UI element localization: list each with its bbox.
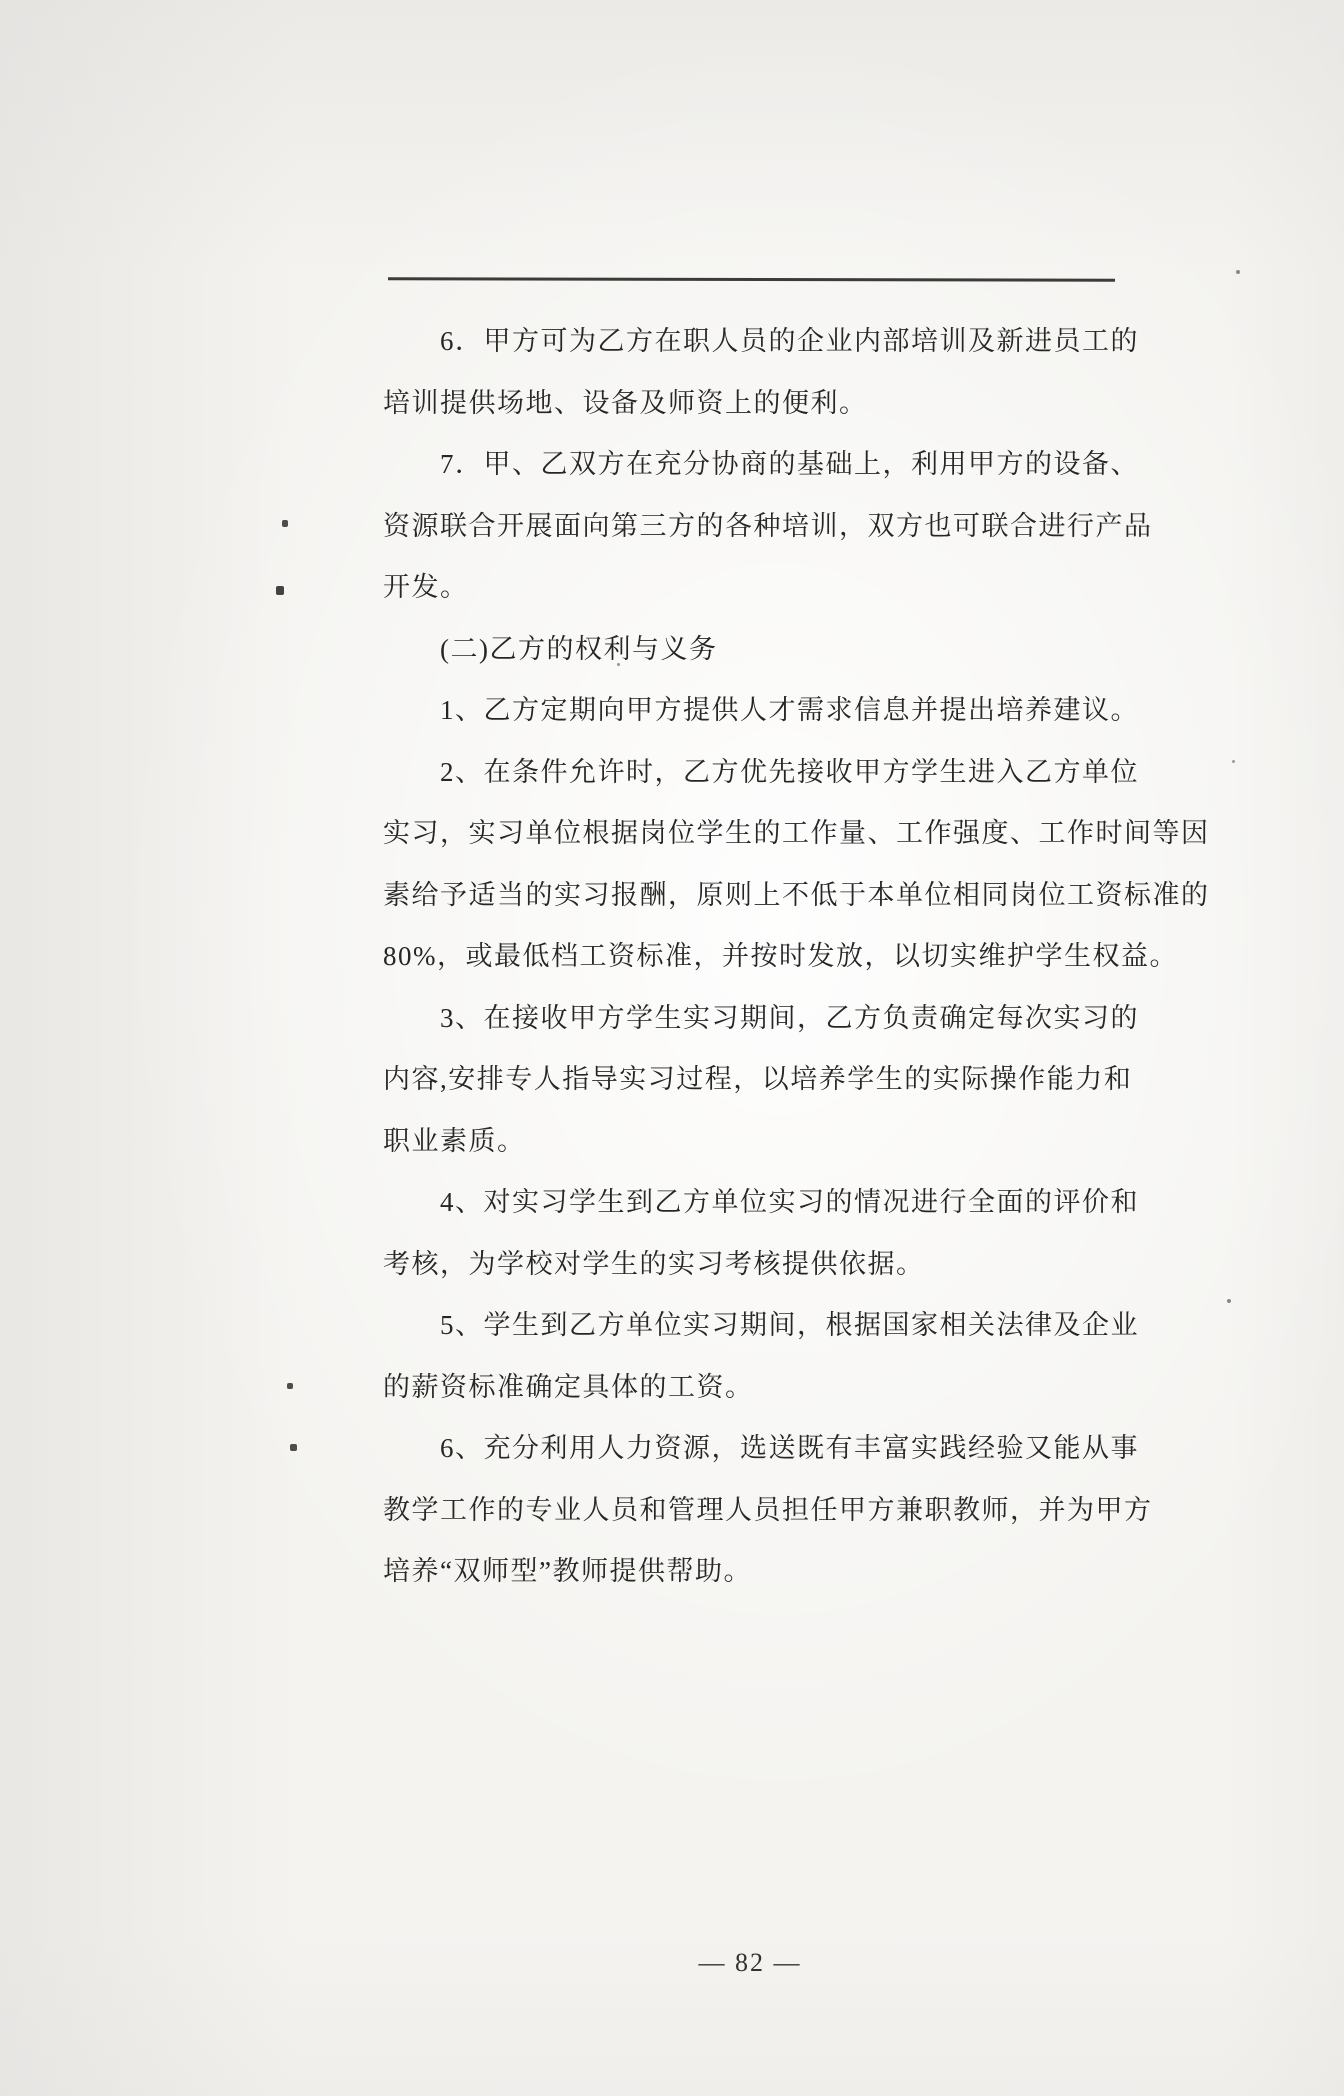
scanned-page: 6．甲方可为乙方在职人员的企业内部培训及新进员工的培训提供场地、设备及师资上的便… xyxy=(0,0,1344,2096)
scan-speck xyxy=(1227,1299,1231,1303)
text-line: 2、在条件允许时，乙方优先接收甲方学生进入乙方单位 xyxy=(383,742,1119,804)
text-line: 考核，为学校对学生的实习考核提供依据。 xyxy=(383,1234,1119,1296)
page-number: — 82 — xyxy=(383,1948,1117,1978)
text-line: 1、乙方定期向甲方提供人才需求信息并提出培养建议。 xyxy=(383,680,1119,742)
text-line: (二)乙方的权利与义务 xyxy=(383,619,1119,681)
text-line: 4、对实习学生到乙方单位实习的情况进行全面的评价和 xyxy=(383,1172,1119,1234)
text-line: 80%，或最低档工资标准，并按时发放，以切实维护学生权益。 xyxy=(383,926,1119,988)
text-line: 培养“双师型”教师提供帮助。 xyxy=(383,1541,1119,1603)
text-line: 7．甲、乙双方在充分协商的基础上，利用甲方的设备、 xyxy=(383,434,1119,496)
scan-speck xyxy=(1232,760,1235,763)
text-line: 培训提供场地、设备及师资上的便利。 xyxy=(383,373,1119,435)
text-line: 教学工作的专业人员和管理人员担任甲方兼职教师，并为甲方 xyxy=(383,1480,1119,1542)
text-line: 开发。 xyxy=(383,557,1119,619)
text-line: 6．甲方可为乙方在职人员的企业内部培训及新进员工的 xyxy=(383,311,1119,373)
text-line: 3、在接收甲方学生实习期间，乙方负责确定每次实习的 xyxy=(383,988,1119,1050)
scan-speck xyxy=(282,520,288,527)
text-line: 内容,安排专人指导实习过程，以培养学生的实际操作能力和 xyxy=(383,1049,1119,1111)
text-line: 6、充分利用人力资源，选送既有丰富实践经验又能从事 xyxy=(383,1418,1119,1480)
text-line: 素给予适当的实习报酬，原则上不低于本单位相同岗位工资标准的 xyxy=(383,865,1119,927)
text-line: 职业素质。 xyxy=(383,1111,1119,1173)
scan-speck xyxy=(290,1444,297,1451)
scan-speck xyxy=(287,1383,293,1389)
text-block: 6．甲方可为乙方在职人员的企业内部培训及新进员工的培训提供场地、设备及师资上的便… xyxy=(383,311,1119,1603)
scan-speck xyxy=(276,586,284,595)
text-line: 资源联合开展面向第三方的各种培训，双方也可联合进行产品 xyxy=(383,496,1119,558)
scan-speck xyxy=(1236,270,1240,274)
text-line: 5、学生到乙方单位实习期间，根据国家相关法律及企业 xyxy=(383,1295,1119,1357)
header-rule xyxy=(388,277,1115,282)
text-line: 的薪资标准确定具体的工资。 xyxy=(383,1357,1119,1419)
text-line: 实习，实习单位根据岗位学生的工作量、工作强度、工作时间等因 xyxy=(383,803,1119,865)
scan-speck xyxy=(617,663,620,666)
